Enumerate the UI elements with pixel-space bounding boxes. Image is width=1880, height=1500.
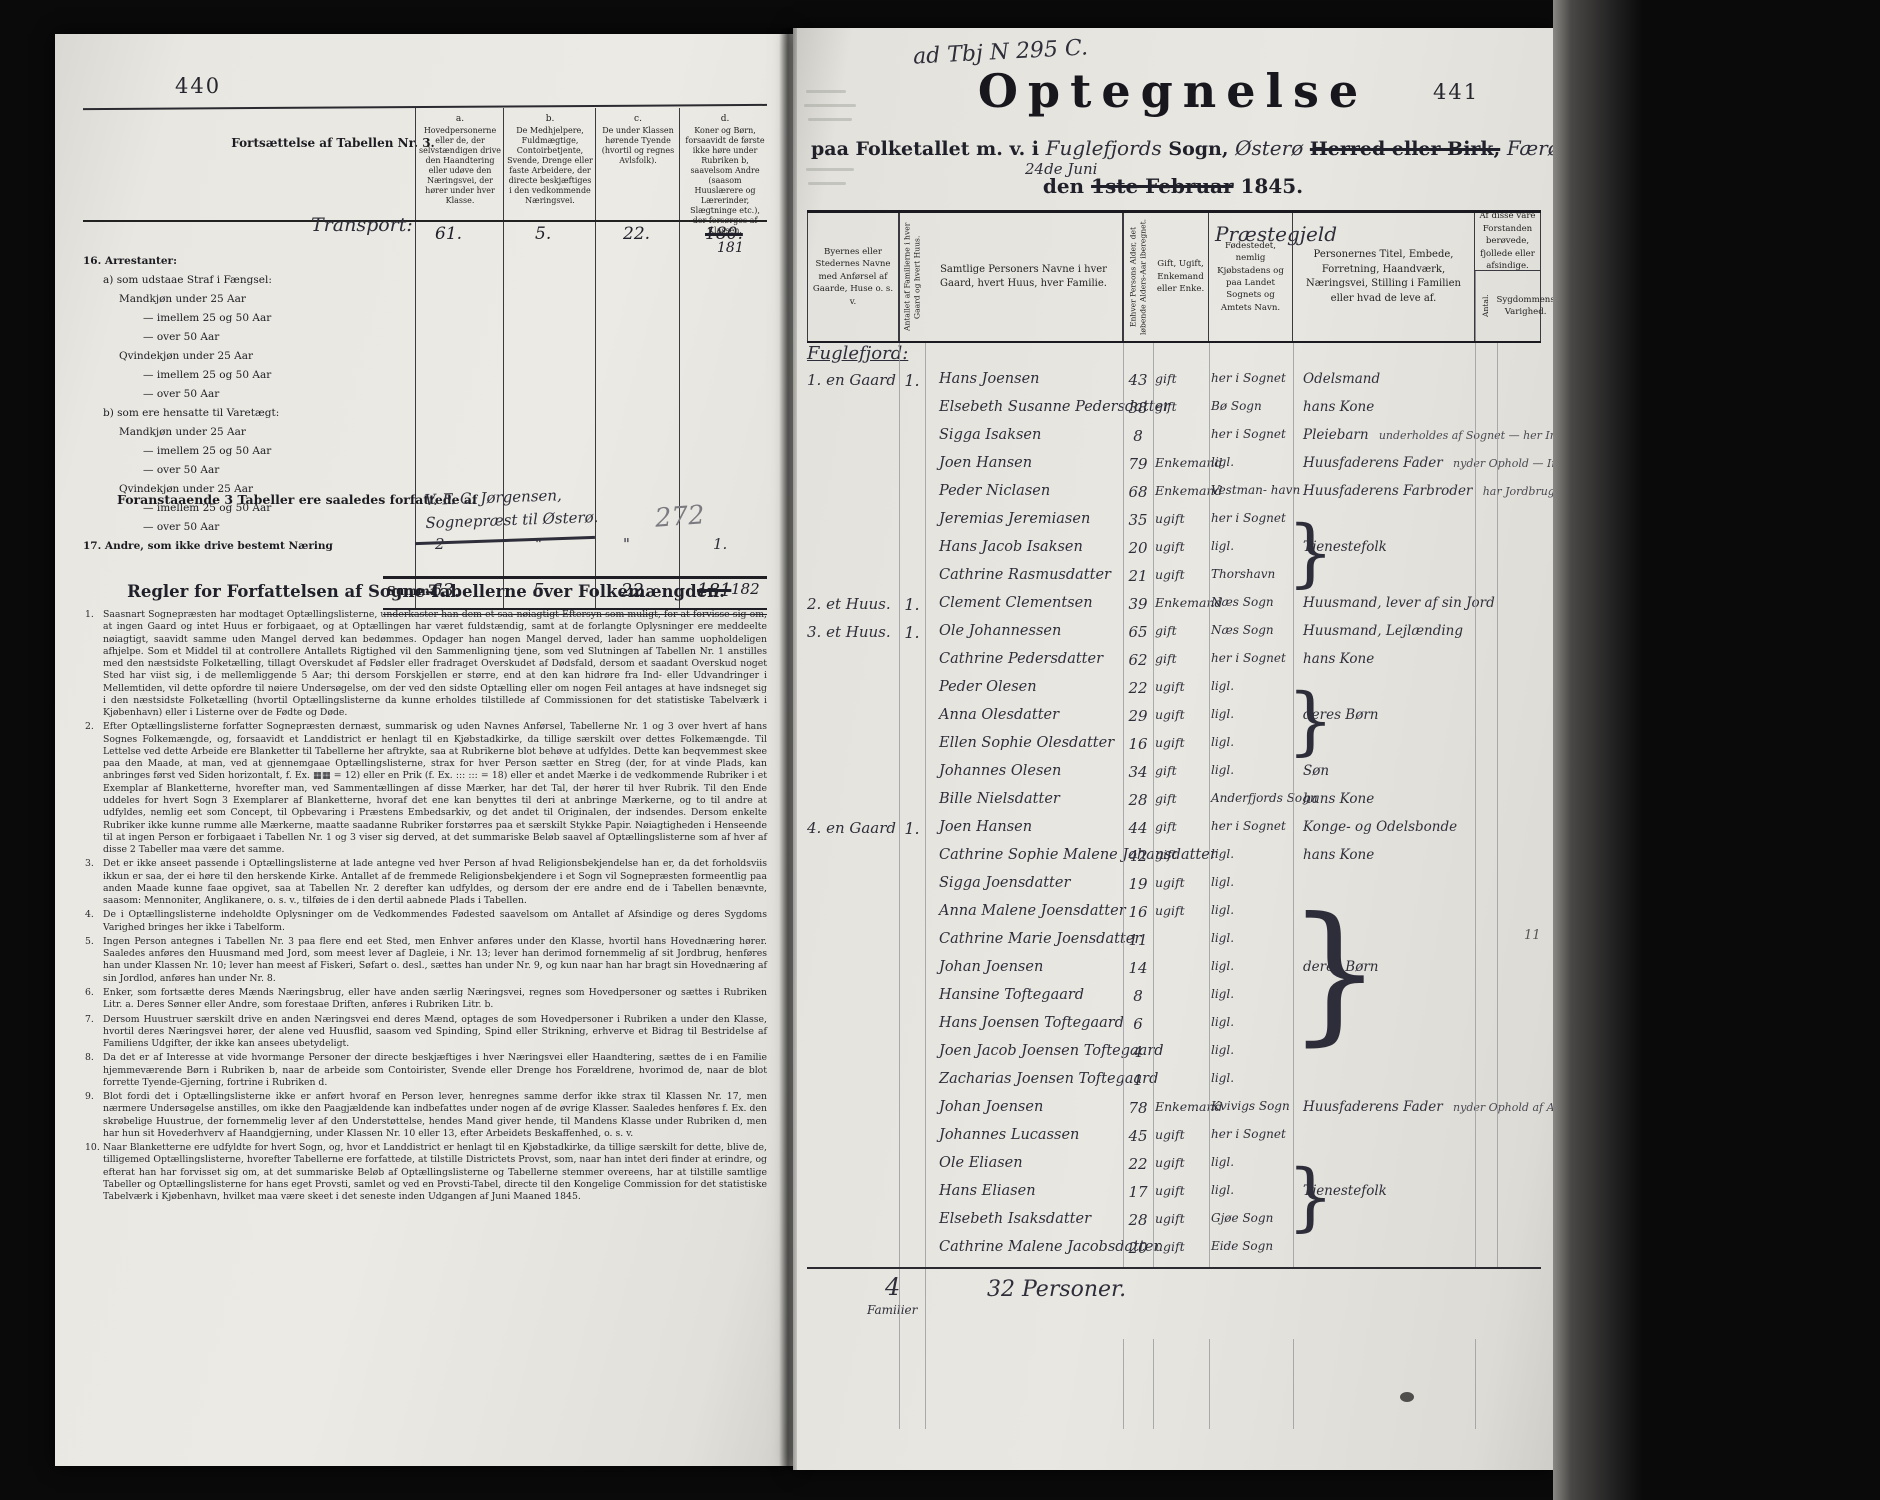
date-struck: 1ste Februar [1091, 174, 1234, 198]
header-birthplace: Fødestedet, nemlig Kjøbstadens og paa La… [1209, 213, 1293, 341]
rules-section: Regler for Forfattelsen af Sogne-Tabelle… [85, 582, 767, 1205]
herred-handwritten: Østerø [1235, 136, 1303, 160]
rule-item: 9. Blot fordi det i Optællingslisterne i… [85, 1091, 767, 1140]
amt-handwritten: Færø [1507, 136, 1560, 160]
rule-item: 7. Dersom Huustruer særskilt drive en an… [85, 1014, 767, 1051]
census-row: Jeremias Jeremiasen 35 ugift her i Sogne… [807, 511, 1541, 539]
right-page: ad Tbj N 295 C. Optegnelse 441 paa Folke… [793, 28, 1553, 1470]
summary-row: 17. Andre, som ikke drive bestemt Næring… [83, 537, 767, 556]
census-row: Hans Joensen Toftegaard 6 ligl. [807, 1015, 1541, 1043]
census-row: Zacharias Joensen Toftegaard 1 ligl. [807, 1071, 1541, 1099]
census-row: Ole Eliasen 22 ugift ligl. [807, 1155, 1541, 1183]
summary-row: Mandkjøn under 25 Aar [83, 423, 767, 442]
census-empty-tail [807, 1339, 1541, 1429]
census-row: Sigga Isaksen 8 her i Sognet Pleiebarn u… [807, 427, 1541, 455]
header-line-date: den 1ste Februar 1845. [793, 174, 1553, 198]
header-place: Byernes eller Stedernes Navne med Anførs… [807, 213, 899, 341]
census-row: Peder Niclasen 68 Enkemand Vestman- havn… [807, 483, 1541, 511]
rule-item: 5. Ingen Person antegnes i Tabellen Nr. … [85, 936, 767, 985]
header-infirm-count: Antal. [1475, 271, 1496, 341]
census-row: Johannes Olesen 34 gift ligl. Søn [807, 763, 1541, 791]
table-caption: Fortsættelse af Tabellen Nr. 3. [223, 136, 443, 150]
census-row: Peder Olesen 22 ugift ligl. [807, 679, 1541, 707]
header-occupation: Personernes Titel, Embede, Forretning, H… [1293, 213, 1475, 341]
margin-note-272: 272 [654, 500, 706, 533]
col-header-d: d. Koner og Børn, forsaavidt de første i… [683, 114, 767, 236]
census-row: 3. et Huus. 1. Ole Johannessen 65 gift N… [807, 623, 1541, 651]
header-infirm: Af disse vare Forstanden berøvede, fjoll… [1475, 213, 1541, 341]
census-row: Cathrine Rasmusdatter 21 ugift Thorshavn [807, 567, 1541, 595]
rule-item: 4. De i Optællingslisterne indeholdte Op… [85, 909, 767, 934]
col-header-c: c. De under Klassen hørende Tyende (hvor… [599, 114, 677, 166]
summary-row: — imellem 25 og 50 Aar [83, 366, 767, 385]
scan-speck [1400, 1392, 1414, 1402]
census-row: Bille Nielsdatter 28 gift Anderfjords So… [807, 791, 1541, 819]
col-header-a: a. Hovedpersonerne eller de, der selvstæ… [419, 114, 501, 206]
census-row: Elsebeth Isaksdatter 28 ugift Gjøe Sogn [807, 1211, 1541, 1239]
total-families: 4 [885, 1273, 900, 1301]
table-top-rule [83, 104, 767, 110]
summary-row: — over 50 Aar [83, 328, 767, 347]
herred-struck: Herred eller Birk, [1310, 138, 1500, 160]
census-row: Elsebeth Susanne Pedersdatter 38 gift Bø… [807, 399, 1541, 427]
left-page-number: 440 [175, 74, 221, 98]
census-row: Johan Joensen 78 Enkemand Kvivigs Sogn H… [807, 1099, 1541, 1127]
rule-item: 6. Enker, som fortsætte deres Mænds Næri… [85, 987, 767, 1012]
faint-marginalia [806, 90, 846, 93]
total-persons: 32 Personer. [987, 1277, 1126, 1302]
header-names: Samtlige Personers Navne i hver Gaard, h… [925, 213, 1123, 341]
census-table: Byernes eller Stedernes Navne med Anførs… [807, 210, 1541, 1429]
signature: V. F. C. Jørgensen, Sognepræst til Øster… [424, 483, 598, 534]
sogn-handwritten: Fuglefjords [1046, 136, 1162, 160]
rule-item: 8. Da det er af Interesse at vide hvorma… [85, 1052, 767, 1089]
census-totals-row: 4 Familier 32 Personer. [807, 1267, 1541, 1339]
total-families-label: Familier [867, 1303, 917, 1317]
census-row: Anna Olesdatter 29 ugift ligl. } deres B… [807, 707, 1541, 735]
census-row: 2. et Huus. 1. Clement Clementsen 39 Enk… [807, 595, 1541, 623]
summary-row: b) som ere hensatte til Varetægt: [83, 404, 767, 423]
summary-row: — imellem 25 og 50 Aar [83, 309, 767, 328]
rule-item: 10. Naar Blanketterne ere udfyldte for h… [85, 1142, 767, 1203]
summary-row: — imellem 25 og 50 Aar [83, 442, 767, 461]
header-status: Gift, Ugift, Enkemand eller Enke. [1153, 213, 1209, 341]
census-row: Cathrine Marie Joensdatter 11 ligl. [807, 931, 1541, 959]
census-row: Cathrine Sophie Malene Johansdatter 42 g… [807, 847, 1541, 875]
attestation-text: Foranstaaende 3 Tabeller ere saaledes fo… [117, 492, 477, 507]
rule-item: 3. Det er ikke anseet passende i Optælli… [85, 858, 767, 907]
census-row: Joen Jacob Joensen Toftegaard 4 ligl. [807, 1043, 1541, 1071]
census-row: 4. en Gaard 1. Joen Hansen 44 gift her i… [807, 819, 1541, 847]
summary-row: — over 50 Aar [83, 385, 767, 404]
census-body: Fuglefjord: [807, 343, 1541, 1267]
census-row: 1. en Gaard 1. Hans Joensen 43 gift her … [807, 371, 1541, 399]
transport-row: Transport: 61. 5. 22. 180. 181 [83, 220, 767, 252]
census-row: Fuglefjord: [807, 343, 1541, 371]
summary-row: a) som udstaae Straf i Fængsel: [83, 271, 767, 290]
summary-row: Mandkjøn under 25 Aar [83, 290, 767, 309]
scanned-census-spread: 440 Fortsættelse af Tabellen Nr. 3. a. H… [0, 0, 1880, 1500]
margin-mark: 11 [1524, 928, 1541, 943]
header-infirm-duration: Sygdommens Varighed. [1496, 271, 1556, 341]
census-row: Cathrine Malene Jacobsdatter 20 ugift Ei… [807, 1239, 1541, 1267]
summary-row: 16. Arrestanter: [83, 252, 767, 271]
census-row: Johannes Lucassen 45 ugift her i Sognet [807, 1127, 1541, 1155]
census-row: Hans Jacob Isaksen 20 ugift ligl. } Tjen… [807, 539, 1541, 567]
census-row: Cathrine Pedersdatter 62 gift her i Sogn… [807, 651, 1541, 679]
right-page-number: 441 [1433, 80, 1479, 104]
header-age: Enhver Persons Alder, det løbende Alders… [1123, 213, 1153, 341]
header-line-district: paa Folketallet m. v. i Fuglefjords Sogn… [811, 136, 1535, 160]
scan-edge [1553, 0, 1643, 1500]
census-row: Hans Eliasen 17 ugift ligl. } Tjenestefo… [807, 1183, 1541, 1211]
census-row: Johan Joensen 14 ligl. } deres Børn [807, 959, 1541, 987]
rule-item: 1. Saasnart Sognepræsten har modtaget Op… [85, 609, 767, 719]
rule-item: 2. Efter Optællingslisterne forfatter So… [85, 721, 767, 856]
left-page: 440 Fortsættelse af Tabellen Nr. 3. a. H… [55, 34, 793, 1466]
census-row: Sigga Joensdatter 19 ugift ligl. [807, 875, 1541, 903]
rules-list: 1. Saasnart Sognepræsten har modtaget Op… [85, 609, 767, 1203]
header-families: Antallet af Familierne i hver Gaard og h… [899, 213, 925, 341]
summary-row: — over 50 Aar [83, 461, 767, 480]
rules-heading: Regler for Forfattelsen af Sogne-Tabelle… [85, 582, 767, 601]
census-row: Ellen Sophie Olesdatter 16 ugift ligl. [807, 735, 1541, 763]
census-header-row: Byernes eller Stedernes Navne med Anførs… [807, 210, 1541, 343]
census-row: Joen Hansen 79 Enkemand ligl. Huusfadere… [807, 455, 1541, 483]
census-row: Anna Malene Joensdatter 16 ugift ligl. [807, 903, 1541, 931]
census-row: Hansine Toftegaard 8 ligl. [807, 987, 1541, 1015]
page-gutter-shadow [779, 28, 797, 1470]
transport-label: Transport: [311, 214, 413, 236]
col-header-b: b. De Medhjelpere, Fuldmægtige, Contoirb… [507, 114, 593, 206]
summary-row: Qvindekjøn under 25 Aar [83, 347, 767, 366]
